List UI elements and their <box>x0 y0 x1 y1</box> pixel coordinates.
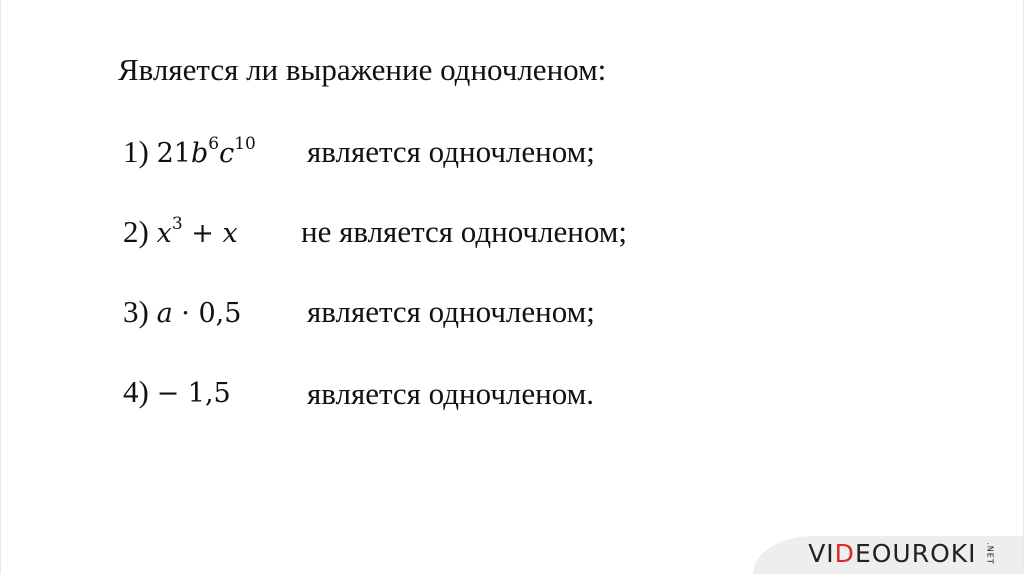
item-answer: является одночленом. <box>307 376 594 412</box>
item-number: 1) <box>123 134 149 170</box>
item-4: 4) − 1,5 <box>123 374 231 410</box>
play-icon: D <box>835 539 855 568</box>
item-answer: является одночленом; <box>307 134 595 170</box>
item-3: 3) a · 0,5 <box>123 294 241 330</box>
item-number: 4) <box>123 374 149 410</box>
slide: Является ли выражение одночленом: 1) 21b… <box>0 0 1024 574</box>
item-2: 2) x3 + x <box>123 214 238 250</box>
item-expression: x3 + x <box>157 218 238 249</box>
item-number: 3) <box>123 294 149 330</box>
item-1: 1) 21b6c10 <box>123 134 256 170</box>
item-answer: не является одночленом; <box>301 214 627 250</box>
item-expression: − 1,5 <box>157 378 231 409</box>
item-expression: 21b6c10 <box>157 138 256 169</box>
question-title: Является ли выражение одночленом: <box>118 52 606 88</box>
videouroki-logo: VIDEOUROKI.NET <box>808 539 1001 568</box>
item-expression: a · 0,5 <box>157 298 242 329</box>
item-answer: является одночленом; <box>307 294 595 330</box>
item-number: 2) <box>123 214 149 250</box>
